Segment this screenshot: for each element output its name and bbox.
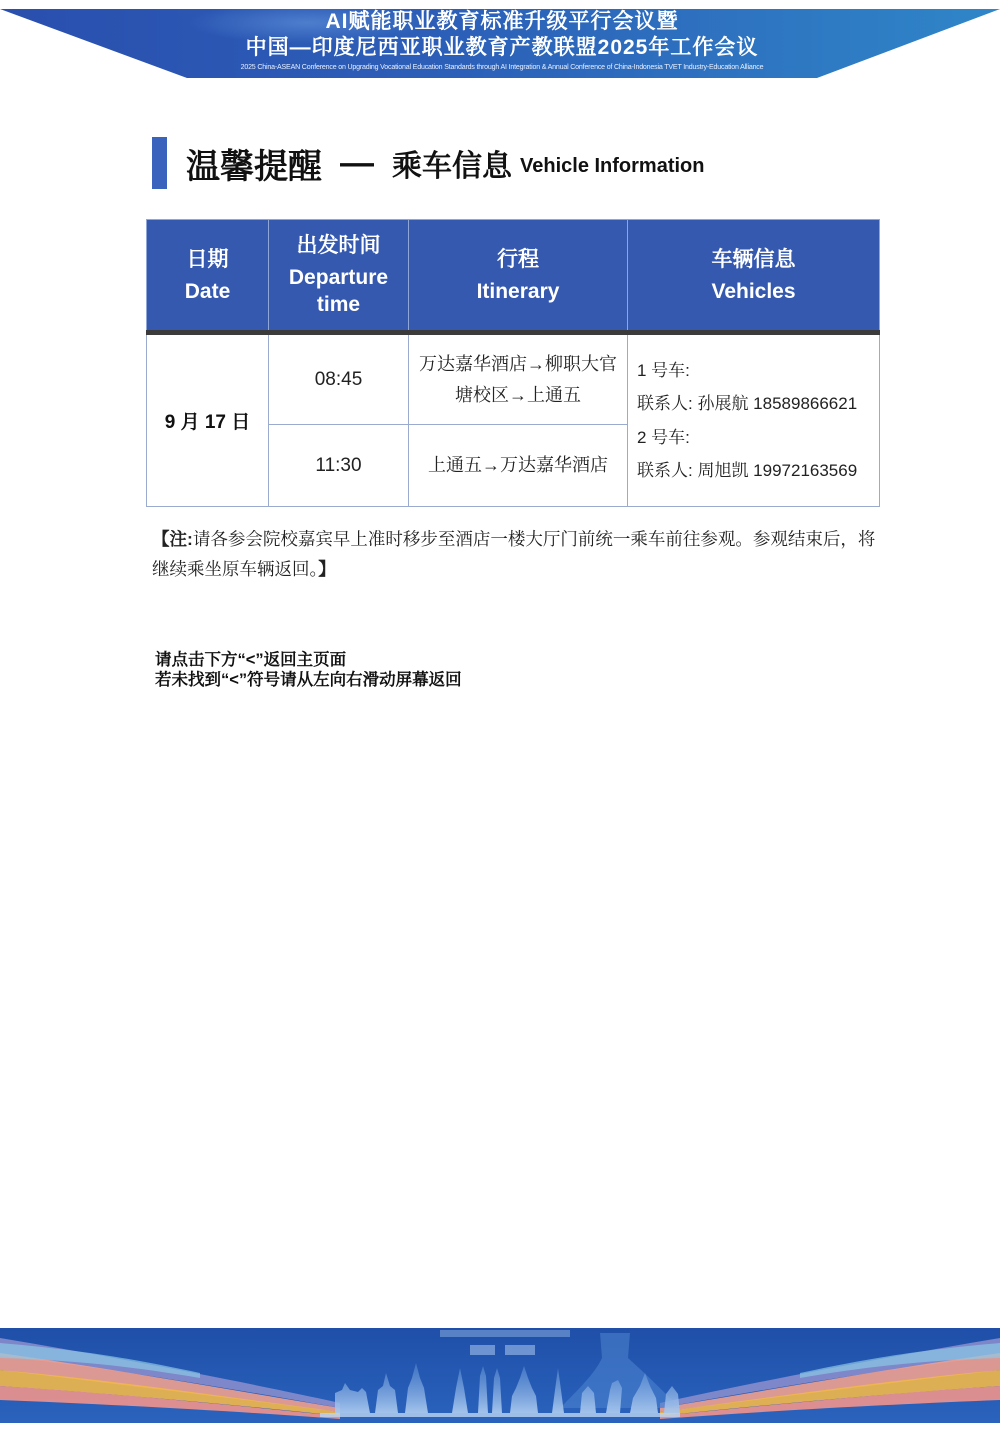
- conference-header-banner: AI赋能职业教育标准升级平行会议暨 中国—印度尼西亚职业教育产教联盟2025年工…: [0, 9, 1000, 79]
- column-header-date-en: Date: [151, 278, 264, 305]
- return-instruction-line2: 若未找到“<”符号请从左向右滑动屏幕返回: [155, 670, 462, 690]
- return-instructions: 请点击下方“<”返回主页面 若未找到“<”符号请从左向右滑动屏幕返回: [155, 650, 462, 690]
- footer-skyline-banner: [0, 1328, 1000, 1423]
- vehicle-2-label: 2 号车:: [637, 421, 879, 455]
- column-header-departure-en: Departure time: [273, 264, 404, 318]
- column-header-itinerary-en: Itinerary: [413, 278, 623, 305]
- column-header-vehicles: 车辆信息 Vehicles: [628, 220, 880, 333]
- column-header-departure-cn: 出发时间: [273, 232, 404, 259]
- column-header-vehicles-cn: 车辆信息: [632, 246, 875, 273]
- note-label: 注:: [170, 529, 193, 549]
- column-header-date-cn: 日期: [151, 246, 264, 273]
- note-close-bracket: 】: [318, 559, 336, 579]
- itinerary-cell: 万达嘉华酒店→柳职大官塘校区→上通五: [409, 333, 628, 425]
- return-instruction-line1: 请点击下方“<”返回主页面: [155, 650, 462, 670]
- column-header-date: 日期 Date: [147, 220, 269, 333]
- vehicle-schedule-table: 日期 Date 出发时间 Departure time 行程 Itinerary…: [146, 219, 880, 507]
- note-paragraph: 【注:请各参会院校嘉宾早上准时移步至酒店一楼大厅门前统一乘车前往参观。参观结束后…: [152, 524, 882, 584]
- header-text: AI赋能职业教育标准升级平行会议暨 中国—印度尼西亚职业教育产教联盟2025年工…: [187, 9, 817, 79]
- table-row: 9 月 17 日 08:45 万达嘉华酒店→柳职大官塘校区→上通五 1 号车: …: [147, 333, 880, 425]
- page-title: 温馨提醒 — 乘车信息 Vehicle Information: [186, 140, 704, 186]
- title-vehicle-en: Vehicle Information: [520, 155, 704, 178]
- itinerary-cell: 上通五→万达嘉华酒店: [409, 425, 628, 507]
- title-accent-bar: [152, 137, 167, 189]
- vehicle-1-contact: 联系人: 孙展航 18589866621: [637, 387, 879, 421]
- departure-time-cell: 08:45: [269, 333, 409, 425]
- column-header-vehicles-en: Vehicles: [632, 278, 875, 305]
- column-header-itinerary-cn: 行程: [413, 246, 623, 273]
- title-reminder: 温馨提醒: [186, 139, 322, 188]
- note-open-bracket: 【: [152, 529, 170, 549]
- column-header-departure: 出发时间 Departure time: [269, 220, 409, 333]
- header-title-line2: 中国—印度尼西亚职业教育产教联盟2025年工作会议: [187, 34, 817, 62]
- table-header-row: 日期 Date 出发时间 Departure time 行程 Itinerary…: [147, 220, 880, 333]
- date-cell: 9 月 17 日: [147, 333, 269, 507]
- vehicle-2-contact: 联系人: 周旭凯 19972163569: [637, 454, 879, 488]
- note-text: 请各参会院校嘉宾早上准时移步至酒店一楼大厅门前统一乘车前往参观。参观结束后，将继…: [152, 529, 875, 579]
- title-dash: —: [340, 144, 374, 183]
- header-subtitle-english: 2025 China-ASEAN Conference on Upgrading…: [209, 62, 795, 72]
- vehicles-cell: 1 号车: 联系人: 孙展航 18589866621 2 号车: 联系人: 周旭…: [628, 333, 880, 507]
- header-title-line1: AI赋能职业教育标准升级平行会议暨: [187, 10, 817, 34]
- column-header-itinerary: 行程 Itinerary: [409, 220, 628, 333]
- vehicle-1-label: 1 号车:: [637, 354, 879, 388]
- title-vehicle-cn: 乘车信息: [392, 141, 512, 185]
- departure-time-cell: 11:30: [269, 425, 409, 507]
- footer-banner-illustration: [0, 1328, 1000, 1423]
